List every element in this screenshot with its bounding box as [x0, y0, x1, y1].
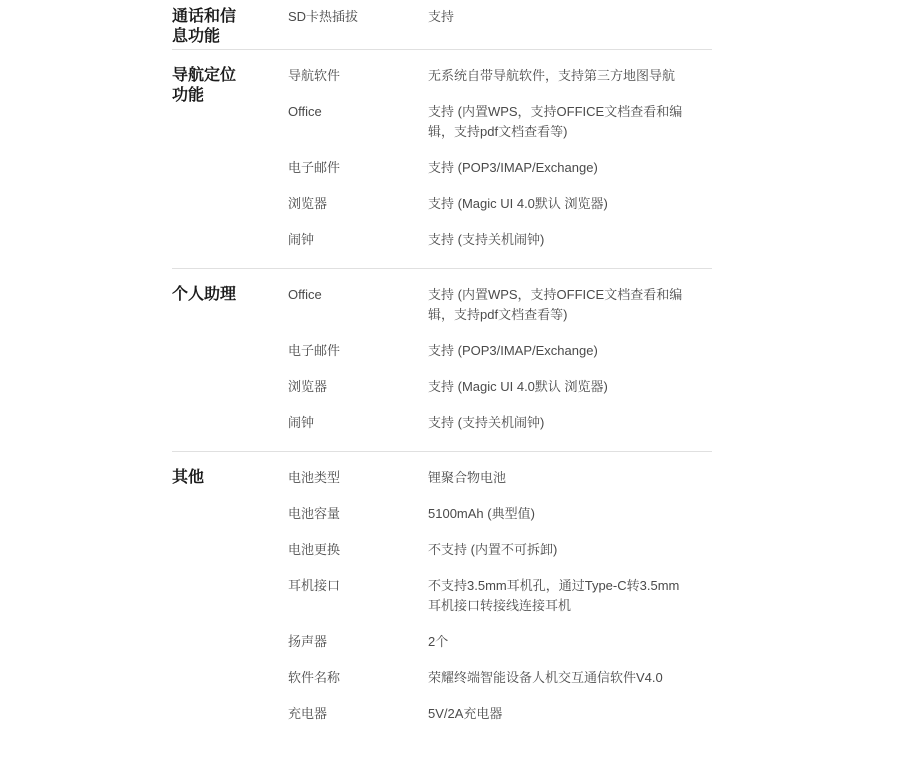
spec-row: 电池更换 不支持 (内置不可拆卸)	[288, 540, 712, 560]
spec-row: SD卡热插拔 支持	[288, 7, 712, 27]
spec-row: 电子邮件 支持 (POP3/IMAP/Exchange)	[288, 341, 712, 361]
spec-value: 支持 (内置WPS，支持OFFICE文档查看和编辑，支持pdf文档查看等)	[428, 102, 686, 142]
spec-value: 5V/2A充电器	[428, 704, 686, 723]
spec-label: 电池容量	[288, 504, 428, 524]
section-category: 其他	[172, 468, 242, 488]
spec-label: 浏览器	[288, 194, 428, 214]
spec-value: 不支持 (内置不可拆卸)	[428, 540, 686, 560]
spec-label: 电池类型	[288, 468, 428, 488]
spec-value: 支持 (Magic UI 4.0默认 浏览器)	[428, 194, 686, 214]
spec-value: 支持 (支持关机闹钟)	[428, 413, 686, 433]
spec-row: 浏览器 支持 (Magic UI 4.0默认 浏览器)	[288, 377, 712, 397]
spec-value: 支持 (Magic UI 4.0默认 浏览器)	[428, 377, 686, 397]
spec-row: 耳机接口 不支持3.5mm耳机孔，通过Type-C转3.5mm耳机接口转接线连接…	[288, 576, 712, 616]
spec-value: 荣耀终端智能设备人机交互通信软件V4.0	[428, 668, 686, 688]
spec-label: 浏览器	[288, 377, 428, 397]
spec-row: 扬声器 2个	[288, 632, 712, 652]
spec-label: 充电器	[288, 704, 428, 723]
spec-value: 支持 (POP3/IMAP/Exchange)	[428, 158, 686, 178]
spec-row: 浏览器 支持 (Magic UI 4.0默认 浏览器)	[288, 194, 712, 214]
spec-label: 软件名称	[288, 668, 428, 688]
spec-value: 无系统自带导航软件，支持第三方地图导航	[428, 66, 686, 86]
spec-label: 闹钟	[288, 230, 428, 250]
spec-row: 软件名称 荣耀终端智能设备人机交互通信软件V4.0	[288, 668, 712, 688]
spec-row: Office 支持 (内置WPS，支持OFFICE文档查看和编辑，支持pdf文档…	[288, 102, 712, 142]
section-category: 导航定位功能	[172, 66, 242, 106]
spec-value: 支持 (POP3/IMAP/Exchange)	[428, 341, 686, 361]
spec-label: 电池更换	[288, 540, 428, 560]
spec-label: 耳机接口	[288, 576, 428, 596]
section-rows: 电池类型 锂聚合物电池 电池容量 5100mAh (典型值) 电池更换 不支持 …	[288, 468, 712, 723]
spec-table: 通话和信息功能 SD卡热插拔 支持 导航定位功能 导航软件 无系统自带导航软件，…	[172, 7, 712, 723]
spec-row: 电池类型 锂聚合物电池	[288, 468, 712, 488]
spec-label: 导航软件	[288, 66, 428, 86]
spec-label: 扬声器	[288, 632, 428, 652]
spec-label: 电子邮件	[288, 341, 428, 361]
spec-label: 闹钟	[288, 413, 428, 433]
spec-value: 5100mAh (典型值)	[428, 504, 686, 524]
spec-value: 支持	[428, 7, 686, 27]
spec-value: 支持 (内置WPS，支持OFFICE文档查看和编辑，支持pdf文档查看等)	[428, 285, 686, 325]
section-rows: 导航软件 无系统自带导航软件，支持第三方地图导航 Office 支持 (内置WP…	[288, 66, 712, 266]
spec-value: 2个	[428, 632, 686, 652]
section-category: 通话和信息功能	[172, 7, 242, 47]
spec-section-personal-assistant: 个人助理 Office 支持 (内置WPS，支持OFFICE文档查看和编辑，支持…	[172, 285, 712, 452]
spec-section-other: 其他 电池类型 锂聚合物电池 电池容量 5100mAh (典型值) 电池更换 不…	[172, 468, 712, 723]
spec-label: Office	[288, 285, 428, 305]
spec-label: 电子邮件	[288, 158, 428, 178]
spec-row: 电子邮件 支持 (POP3/IMAP/Exchange)	[288, 158, 712, 178]
spec-section-navigation: 导航定位功能 导航软件 无系统自带导航软件，支持第三方地图导航 Office 支…	[172, 66, 712, 269]
spec-value: 支持 (支持关机闹钟)	[428, 230, 686, 250]
spec-value: 不支持3.5mm耳机孔，通过Type-C转3.5mm耳机接口转接线连接耳机	[428, 576, 686, 616]
spec-row: 电池容量 5100mAh (典型值)	[288, 504, 712, 524]
section-rows: SD卡热插拔 支持	[288, 7, 712, 43]
spec-label: Office	[288, 102, 428, 122]
spec-row: 导航软件 无系统自带导航软件，支持第三方地图导航	[288, 66, 712, 86]
section-category: 个人助理	[172, 285, 242, 305]
spec-row: 闹钟 支持 (支持关机闹钟)	[288, 230, 712, 250]
spec-label: SD卡热插拔	[288, 7, 428, 27]
spec-value: 锂聚合物电池	[428, 468, 686, 488]
spec-row: Office 支持 (内置WPS，支持OFFICE文档查看和编辑，支持pdf文档…	[288, 285, 712, 325]
spec-row: 充电器 5V/2A充电器	[288, 704, 712, 723]
section-rows: Office 支持 (内置WPS，支持OFFICE文档查看和编辑，支持pdf文档…	[288, 285, 712, 449]
spec-section-call-message: 通话和信息功能 SD卡热插拔 支持	[172, 7, 712, 50]
spec-row: 闹钟 支持 (支持关机闹钟)	[288, 413, 712, 433]
